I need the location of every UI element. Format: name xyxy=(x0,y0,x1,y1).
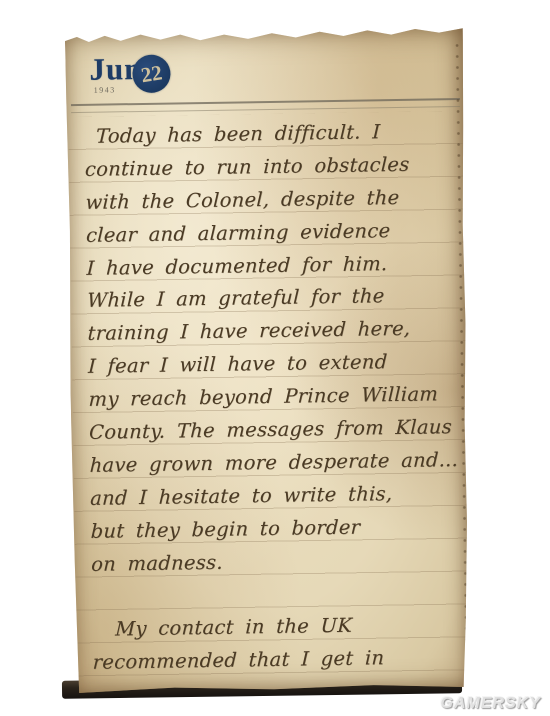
handwritten-line: and I hesitate to write this, xyxy=(90,477,463,516)
handwritten-line: have grown more desperate and... xyxy=(89,444,462,483)
handwritten-line: continue to run into obstacles xyxy=(84,148,457,187)
handwritten-line: recommended that I get in xyxy=(92,641,465,680)
journal-text: Today has been difficult. Icontinue to r… xyxy=(84,115,465,680)
screenshot-canvas: Juni 1943 22 Today has been difficult. I… xyxy=(0,0,550,716)
handwritten-line: but they begin to border xyxy=(90,510,463,549)
watermark: GAMERSKY xyxy=(441,695,541,713)
journal-page: Juni 1943 22 Today has been difficult. I… xyxy=(65,27,473,693)
handwritten-line: clear and alarming evidence xyxy=(85,214,458,253)
handwritten-line: with the Colonel, despite the xyxy=(85,181,458,220)
